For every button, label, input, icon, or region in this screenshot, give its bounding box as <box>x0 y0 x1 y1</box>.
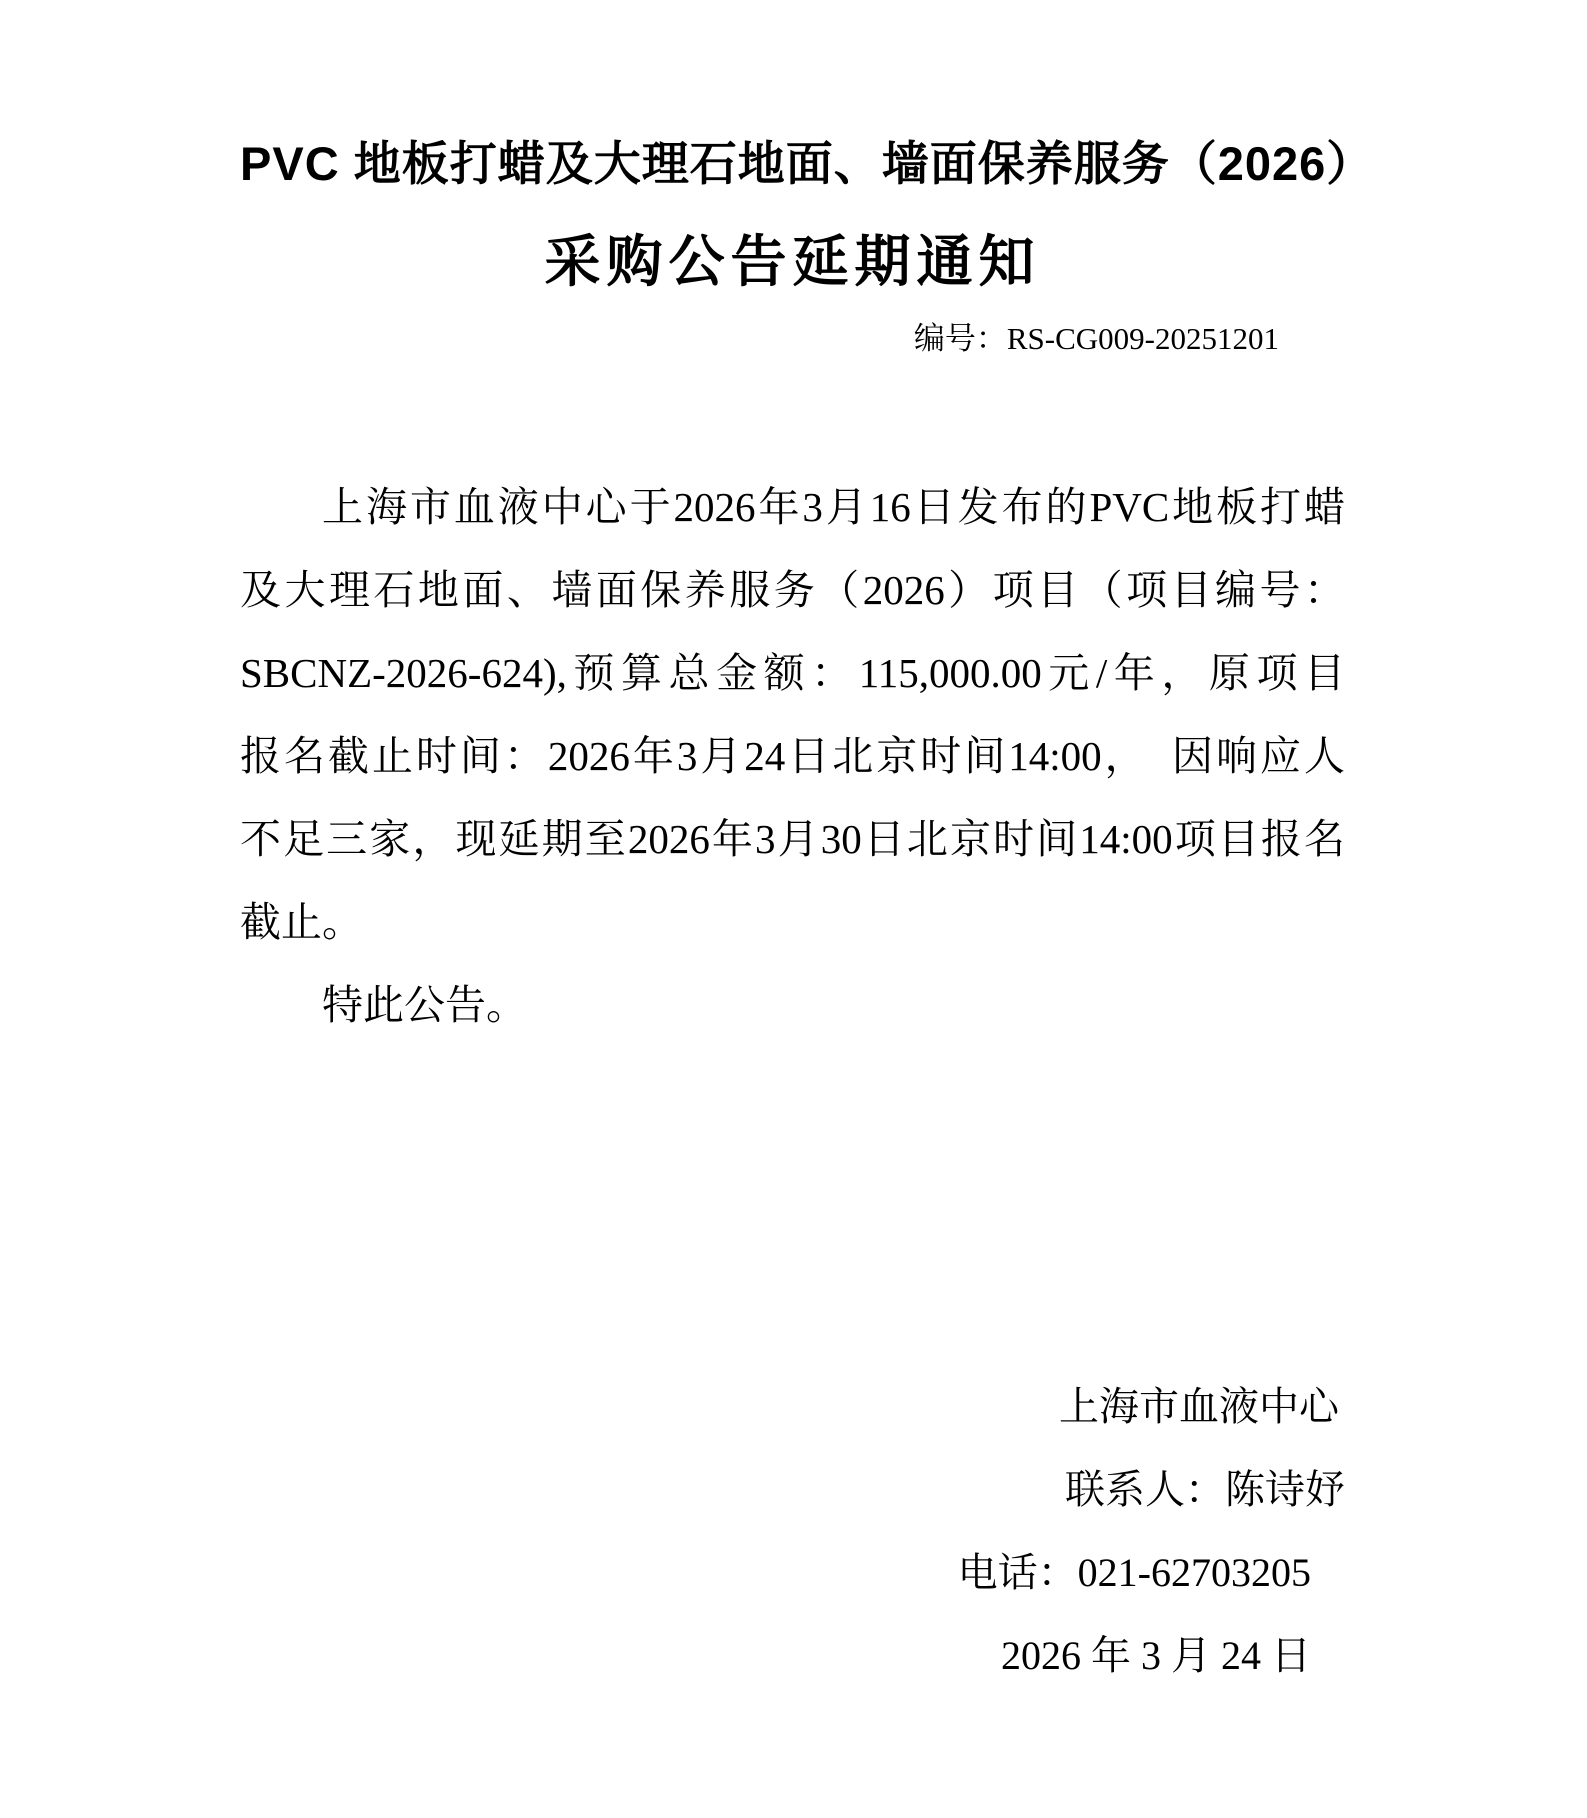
body-line-1: 上海市血液中心于2026年3月16日发布的PVC地板打蜡 <box>240 466 1345 549</box>
document-number: 编号：RS-CG009-20251201 <box>240 316 1345 362</box>
body-line-3: SBCNZ-2026-624),预算总金额：115,000.00元/年，原项目 <box>240 632 1345 715</box>
signature-block: 上海市血液中心 联系人：陈诗妤 电话：021-62703205 2026 年 3… <box>240 1365 1345 1697</box>
body-line-5: 不足三家，现延期至2026年3月30日北京时间14:00项目报名 <box>240 798 1345 881</box>
document-page: PVC 地板打蜡及大理石地面、墙面保养服务（2026） 采购公告延期通知 编号：… <box>0 0 1587 1818</box>
signature-phone: 电话：021-62703205 <box>240 1531 1345 1614</box>
signature-organization: 上海市血液中心 <box>240 1365 1345 1448</box>
closing-statement: 特此公告。 <box>240 964 1345 1047</box>
body-line-4: 报名截止时间：2026年3月24日北京时间14:00， 因响应人 <box>240 715 1345 798</box>
signature-date: 2026 年 3 月 24 日 <box>240 1614 1345 1697</box>
body-line-6: 截止。 <box>240 881 1345 964</box>
document-title-line1: PVC 地板打蜡及大理石地面、墙面保养服务（2026） <box>240 118 1345 210</box>
document-title-line2: 采购公告延期通知 <box>240 210 1345 314</box>
document-body: 上海市血液中心于2026年3月16日发布的PVC地板打蜡 及大理石地面、墙面保养… <box>240 466 1345 1047</box>
signature-contact-person: 联系人：陈诗妤 <box>240 1448 1345 1531</box>
body-line-2: 及大理石地面、墙面保养服务（2026）项目（项目编号： <box>240 549 1345 632</box>
